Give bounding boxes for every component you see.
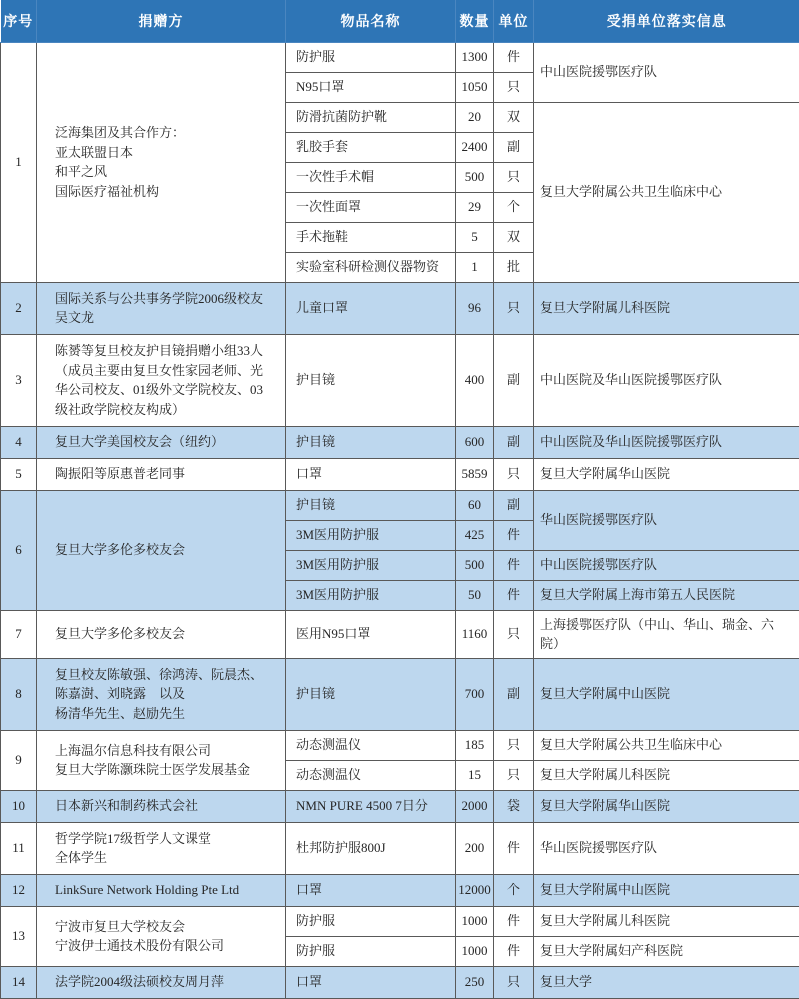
- unit-cell: 副: [494, 426, 534, 458]
- unit-cell: 双: [494, 102, 534, 132]
- table-row: 4复旦大学美国校友会（纽约）护目镜600副中山医院及华山医院援鄂医疗队: [1, 426, 799, 458]
- table-row: 3陈赟等复旦校友护目镜捐赠小组33人 （成员主要由复旦女性家园老师、光 华公司校…: [1, 334, 799, 426]
- quantity-cell: 2000: [456, 790, 494, 822]
- table-row: 8复旦校友陈敏强、徐鸿涛、阮晨杰、 陈嘉澍、刘晓露 以及 杨清华先生、赵励先生护…: [1, 658, 799, 730]
- unit-cell: 个: [494, 874, 534, 906]
- row-number-cell: 2: [1, 282, 37, 334]
- unit-cell: 只: [494, 72, 534, 102]
- recipient-cell: 华山医院援鄂医疗队: [534, 822, 799, 874]
- unit-cell: 只: [494, 162, 534, 192]
- recipient-cell: 中山医院及华山医院援鄂医疗队: [534, 426, 799, 458]
- item-name-cell: 手术拖鞋: [286, 222, 456, 252]
- recipient-cell: 复旦大学附属儿科医院: [534, 282, 799, 334]
- recipient-cell: 复旦大学附属公共卫生临床中心: [534, 102, 799, 282]
- quantity-cell: 50: [456, 580, 494, 610]
- unit-cell: 袋: [494, 790, 534, 822]
- item-name-cell: 实验室科研检测仪器物资: [286, 252, 456, 282]
- item-name-cell: 乳胶手套: [286, 132, 456, 162]
- row-number-cell: 4: [1, 426, 37, 458]
- column-header: 单位: [494, 0, 534, 42]
- unit-cell: 只: [494, 730, 534, 760]
- row-number-cell: 6: [1, 490, 37, 610]
- item-name-cell: 3M医用防护服: [286, 520, 456, 550]
- unit-cell: 件: [494, 42, 534, 72]
- quantity-cell: 185: [456, 730, 494, 760]
- quantity-cell: 60: [456, 490, 494, 520]
- donor-cell: 复旦校友陈敏强、徐鸿涛、阮晨杰、 陈嘉澍、刘晓露 以及 杨清华先生、赵励先生: [37, 658, 286, 730]
- unit-cell: 件: [494, 580, 534, 610]
- row-number-cell: 5: [1, 458, 37, 490]
- unit-cell: 只: [494, 282, 534, 334]
- table-row: 11哲学学院17级哲学人文课堂 全体学生杜邦防护服800J200件华山医院援鄂医…: [1, 822, 799, 874]
- item-name-cell: 医用N95口罩: [286, 610, 456, 658]
- unit-cell: 只: [494, 966, 534, 998]
- table-body: 1泛海集团及其合作方： 亚太联盟日本 和平之风 国际医疗福祉机构防护服1300件…: [1, 42, 799, 998]
- item-name-cell: 儿童口罩: [286, 282, 456, 334]
- row-number-cell: 9: [1, 730, 37, 790]
- item-name-cell: NMN PURE 4500 7日分: [286, 790, 456, 822]
- recipient-cell: 复旦大学附属儿科医院: [534, 906, 799, 936]
- item-name-cell: 3M医用防护服: [286, 580, 456, 610]
- donor-cell: 泛海集团及其合作方： 亚太联盟日本 和平之风 国际医疗福祉机构: [37, 42, 286, 282]
- unit-cell: 件: [494, 906, 534, 936]
- quantity-cell: 1000: [456, 936, 494, 966]
- unit-cell: 只: [494, 458, 534, 490]
- item-name-cell: 一次性面罩: [286, 192, 456, 222]
- table-row: 14法学院2004级法硕校友周月萍口罩250只复旦大学: [1, 966, 799, 998]
- unit-cell: 副: [494, 132, 534, 162]
- unit-cell: 件: [494, 936, 534, 966]
- recipient-cell: 中山医院及华山医院援鄂医疗队: [534, 334, 799, 426]
- quantity-cell: 1: [456, 252, 494, 282]
- quantity-cell: 5859: [456, 458, 494, 490]
- column-header: 物品名称: [286, 0, 456, 42]
- item-name-cell: 动态测温仪: [286, 760, 456, 790]
- unit-cell: 副: [494, 490, 534, 520]
- item-name-cell: 护目镜: [286, 658, 456, 730]
- quantity-cell: 15: [456, 760, 494, 790]
- item-name-cell: 杜邦防护服800J: [286, 822, 456, 874]
- quantity-cell: 600: [456, 426, 494, 458]
- donor-cell: 宁波市复旦大学校友会 宁波伊士通技术股份有限公司: [37, 906, 286, 966]
- item-name-cell: 动态测温仪: [286, 730, 456, 760]
- quantity-cell: 200: [456, 822, 494, 874]
- quantity-cell: 12000: [456, 874, 494, 906]
- donor-cell: 国际关系与公共事务学院2006级校友 吴文龙: [37, 282, 286, 334]
- unit-cell: 只: [494, 760, 534, 790]
- unit-cell: 个: [494, 192, 534, 222]
- table-row: 2国际关系与公共事务学院2006级校友 吴文龙儿童口罩96只复旦大学附属儿科医院: [1, 282, 799, 334]
- table-row: 12LinkSure Network Holding Pte Ltd口罩1200…: [1, 874, 799, 906]
- item-name-cell: 3M医用防护服: [286, 550, 456, 580]
- quantity-cell: 29: [456, 192, 494, 222]
- donor-cell: 哲学学院17级哲学人文课堂 全体学生: [37, 822, 286, 874]
- table-row: 7复旦大学多伦多校友会医用N95口罩1160只上海援鄂医疗队（中山、华山、瑞金、…: [1, 610, 799, 658]
- item-name-cell: 口罩: [286, 874, 456, 906]
- donation-table: 序号捐赠方物品名称数量单位受捐单位落实信息 1泛海集团及其合作方： 亚太联盟日本…: [0, 0, 799, 999]
- item-name-cell: 护目镜: [286, 426, 456, 458]
- column-header: 序号: [1, 0, 37, 42]
- recipient-cell: 复旦大学附属中山医院: [534, 874, 799, 906]
- quantity-cell: 1000: [456, 906, 494, 936]
- quantity-cell: 1160: [456, 610, 494, 658]
- unit-cell: 副: [494, 658, 534, 730]
- unit-cell: 只: [494, 610, 534, 658]
- row-number-cell: 12: [1, 874, 37, 906]
- quantity-cell: 700: [456, 658, 494, 730]
- item-name-cell: 防护服: [286, 42, 456, 72]
- donor-cell: LinkSure Network Holding Pte Ltd: [37, 874, 286, 906]
- quantity-cell: 5: [456, 222, 494, 252]
- recipient-cell: 复旦大学: [534, 966, 799, 998]
- donor-cell: 日本新兴和制药株式会社: [37, 790, 286, 822]
- column-header: 捐赠方: [37, 0, 286, 42]
- table-row: 6复旦大学多伦多校友会护目镜60副华山医院援鄂医疗队: [1, 490, 799, 520]
- row-number-cell: 3: [1, 334, 37, 426]
- quantity-cell: 500: [456, 550, 494, 580]
- quantity-cell: 425: [456, 520, 494, 550]
- recipient-cell: 复旦大学附属华山医院: [534, 458, 799, 490]
- quantity-cell: 400: [456, 334, 494, 426]
- recipient-cell: 上海援鄂医疗队（中山、华山、瑞金、六院）: [534, 610, 799, 658]
- recipient-cell: 复旦大学附属上海市第五人民医院: [534, 580, 799, 610]
- donor-cell: 上海温尔信息科技有限公司 复旦大学陈灏珠院士医学发展基金: [37, 730, 286, 790]
- row-number-cell: 10: [1, 790, 37, 822]
- row-number-cell: 1: [1, 42, 37, 282]
- row-number-cell: 8: [1, 658, 37, 730]
- unit-cell: 件: [494, 550, 534, 580]
- table-row: 13宁波市复旦大学校友会 宁波伊士通技术股份有限公司防护服1000件复旦大学附属…: [1, 906, 799, 936]
- recipient-cell: 复旦大学附属华山医院: [534, 790, 799, 822]
- recipient-cell: 复旦大学附属妇产科医院: [534, 936, 799, 966]
- donor-cell: 复旦大学多伦多校友会: [37, 610, 286, 658]
- quantity-cell: 2400: [456, 132, 494, 162]
- quantity-cell: 96: [456, 282, 494, 334]
- recipient-cell: 中山医院援鄂医疗队: [534, 550, 799, 580]
- quantity-cell: 250: [456, 966, 494, 998]
- row-number-cell: 7: [1, 610, 37, 658]
- unit-cell: 批: [494, 252, 534, 282]
- table-row: 9上海温尔信息科技有限公司 复旦大学陈灏珠院士医学发展基金动态测温仪185只复旦…: [1, 730, 799, 760]
- unit-cell: 件: [494, 520, 534, 550]
- quantity-cell: 1300: [456, 42, 494, 72]
- recipient-cell: 复旦大学附属中山医院: [534, 658, 799, 730]
- donor-cell: 法学院2004级法硕校友周月萍: [37, 966, 286, 998]
- item-name-cell: 防护服: [286, 906, 456, 936]
- table-row: 1泛海集团及其合作方： 亚太联盟日本 和平之风 国际医疗福祉机构防护服1300件…: [1, 42, 799, 72]
- recipient-cell: 中山医院援鄂医疗队: [534, 42, 799, 102]
- item-name-cell: 口罩: [286, 966, 456, 998]
- donor-cell: 陈赟等复旦校友护目镜捐赠小组33人 （成员主要由复旦女性家园老师、光 华公司校友…: [37, 334, 286, 426]
- item-name-cell: 防护服: [286, 936, 456, 966]
- quantity-cell: 1050: [456, 72, 494, 102]
- donation-report: 序号捐赠方物品名称数量单位受捐单位落实信息 1泛海集团及其合作方： 亚太联盟日本…: [0, 0, 799, 999]
- table-header-row: 序号捐赠方物品名称数量单位受捐单位落实信息: [1, 0, 799, 42]
- donor-cell: 复旦大学多伦多校友会: [37, 490, 286, 610]
- donor-cell: 陶振阳等原惠普老同事: [37, 458, 286, 490]
- item-name-cell: 护目镜: [286, 334, 456, 426]
- row-number-cell: 13: [1, 906, 37, 966]
- table-row: 5陶振阳等原惠普老同事口罩5859只复旦大学附属华山医院: [1, 458, 799, 490]
- unit-cell: 双: [494, 222, 534, 252]
- row-number-cell: 11: [1, 822, 37, 874]
- row-number-cell: 14: [1, 966, 37, 998]
- recipient-cell: 复旦大学附属儿科医院: [534, 760, 799, 790]
- item-name-cell: 一次性手术帽: [286, 162, 456, 192]
- unit-cell: 件: [494, 822, 534, 874]
- item-name-cell: N95口罩: [286, 72, 456, 102]
- recipient-cell: 复旦大学附属公共卫生临床中心: [534, 730, 799, 760]
- recipient-cell: 华山医院援鄂医疗队: [534, 490, 799, 550]
- quantity-cell: 20: [456, 102, 494, 132]
- item-name-cell: 口罩: [286, 458, 456, 490]
- item-name-cell: 护目镜: [286, 490, 456, 520]
- column-header: 数量: [456, 0, 494, 42]
- donor-cell: 复旦大学美国校友会（纽约）: [37, 426, 286, 458]
- item-name-cell: 防滑抗菌防护靴: [286, 102, 456, 132]
- table-row: 10日本新兴和制药株式会社NMN PURE 4500 7日分2000袋复旦大学附…: [1, 790, 799, 822]
- unit-cell: 副: [494, 334, 534, 426]
- quantity-cell: 500: [456, 162, 494, 192]
- column-header: 受捐单位落实信息: [534, 0, 799, 42]
